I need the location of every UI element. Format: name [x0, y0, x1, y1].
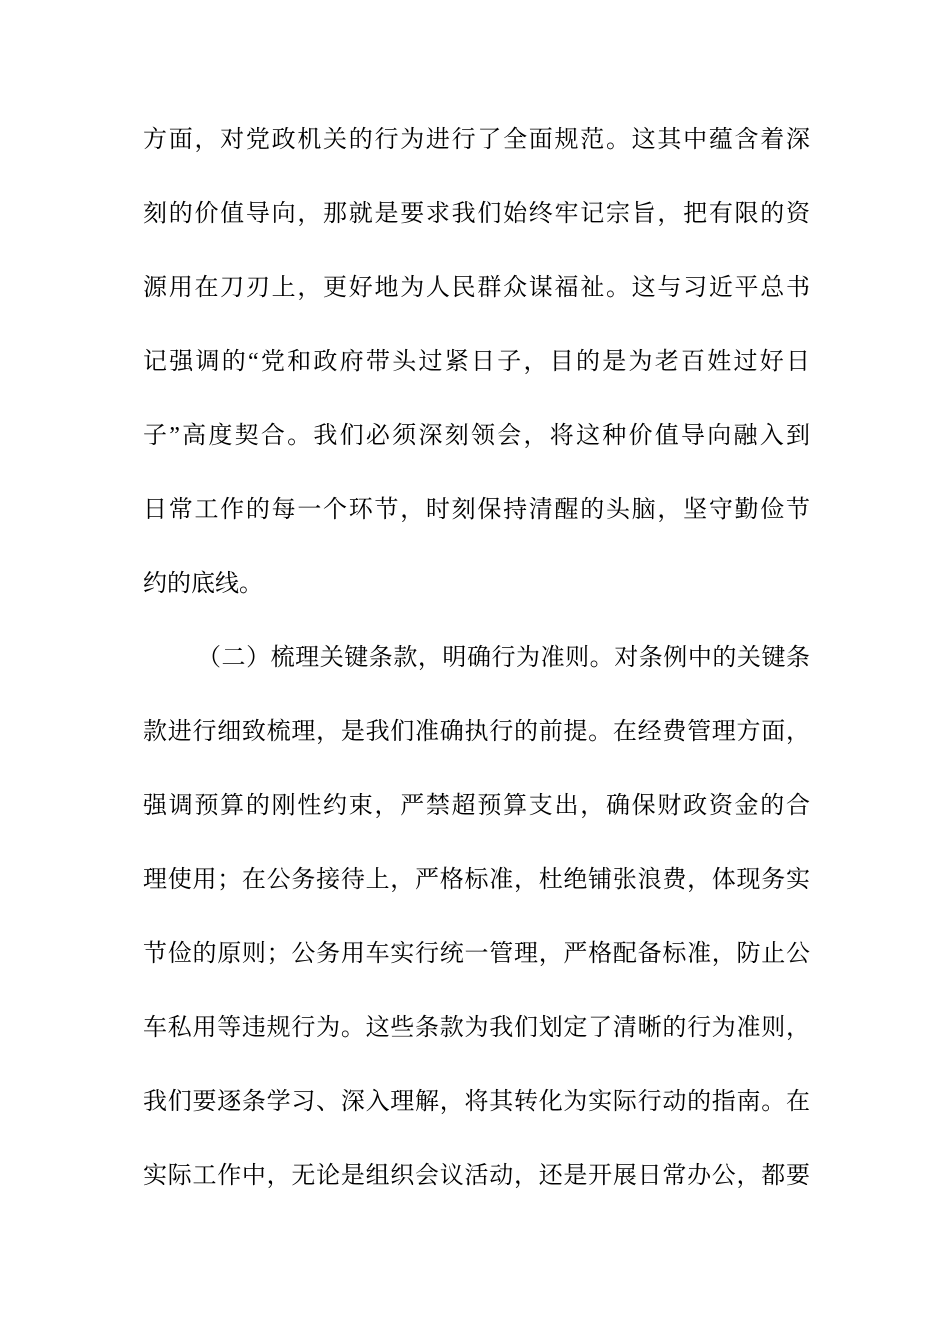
text-line: 子”高度契合。我们必须深刻领会，将这种价值导向融入到 — [143, 399, 810, 473]
paragraph: （二）梳理关键条款，明确行为准则。对条例中的关键条款进行细致梳理，是我们准确执行… — [143, 621, 810, 1213]
text-line: 我们要逐条学习、深入理解，将其转化为实际行动的指南。在 — [143, 1065, 810, 1139]
text-line: 刻的价值导向，那就是要求我们始终牢记宗旨，把有限的资 — [143, 177, 810, 251]
text-line: 记强调的“党和政府带头过紧日子，目的是为老百姓过好日 — [143, 325, 810, 399]
text-line: 约的底线。 — [143, 547, 810, 621]
text-line: 节俭的原则；公务用车实行统一管理，严格配备标准，防止公 — [143, 917, 810, 991]
text-line: 理使用；在公务接待上，严格标准，杜绝铺张浪费，体现务实 — [143, 843, 810, 917]
paragraph: 方面，对党政机关的行为进行了全面规范。这其中蕴含着深刻的价值导向，那就是要求我们… — [143, 103, 810, 621]
document-text: 方面，对党政机关的行为进行了全面规范。这其中蕴含着深刻的价值导向，那就是要求我们… — [143, 103, 810, 1213]
text-line: 强调预算的刚性约束，严禁超预算支出，确保财政资金的合 — [143, 769, 810, 843]
text-line: 方面，对党政机关的行为进行了全面规范。这其中蕴含着深 — [143, 103, 810, 177]
text-line: 款进行细致梳理，是我们准确执行的前提。在经费管理方面， — [143, 695, 810, 769]
document-page: 方面，对党政机关的行为进行了全面规范。这其中蕴含着深刻的价值导向，那就是要求我们… — [0, 0, 950, 1344]
text-line: 源用在刀刃上，更好地为人民群众谋福祉。这与习近平总书 — [143, 251, 810, 325]
text-line: 车私用等违规行为。这些条款为我们划定了清晰的行为准则， — [143, 991, 810, 1065]
text-line: 实际工作中，无论是组织会议活动，还是开展日常办公，都要 — [143, 1139, 810, 1213]
text-line: （二）梳理关键条款，明确行为准则。对条例中的关键条 — [143, 621, 810, 695]
text-line: 日常工作的每一个环节，时刻保持清醒的头脑，坚守勤俭节 — [143, 473, 810, 547]
